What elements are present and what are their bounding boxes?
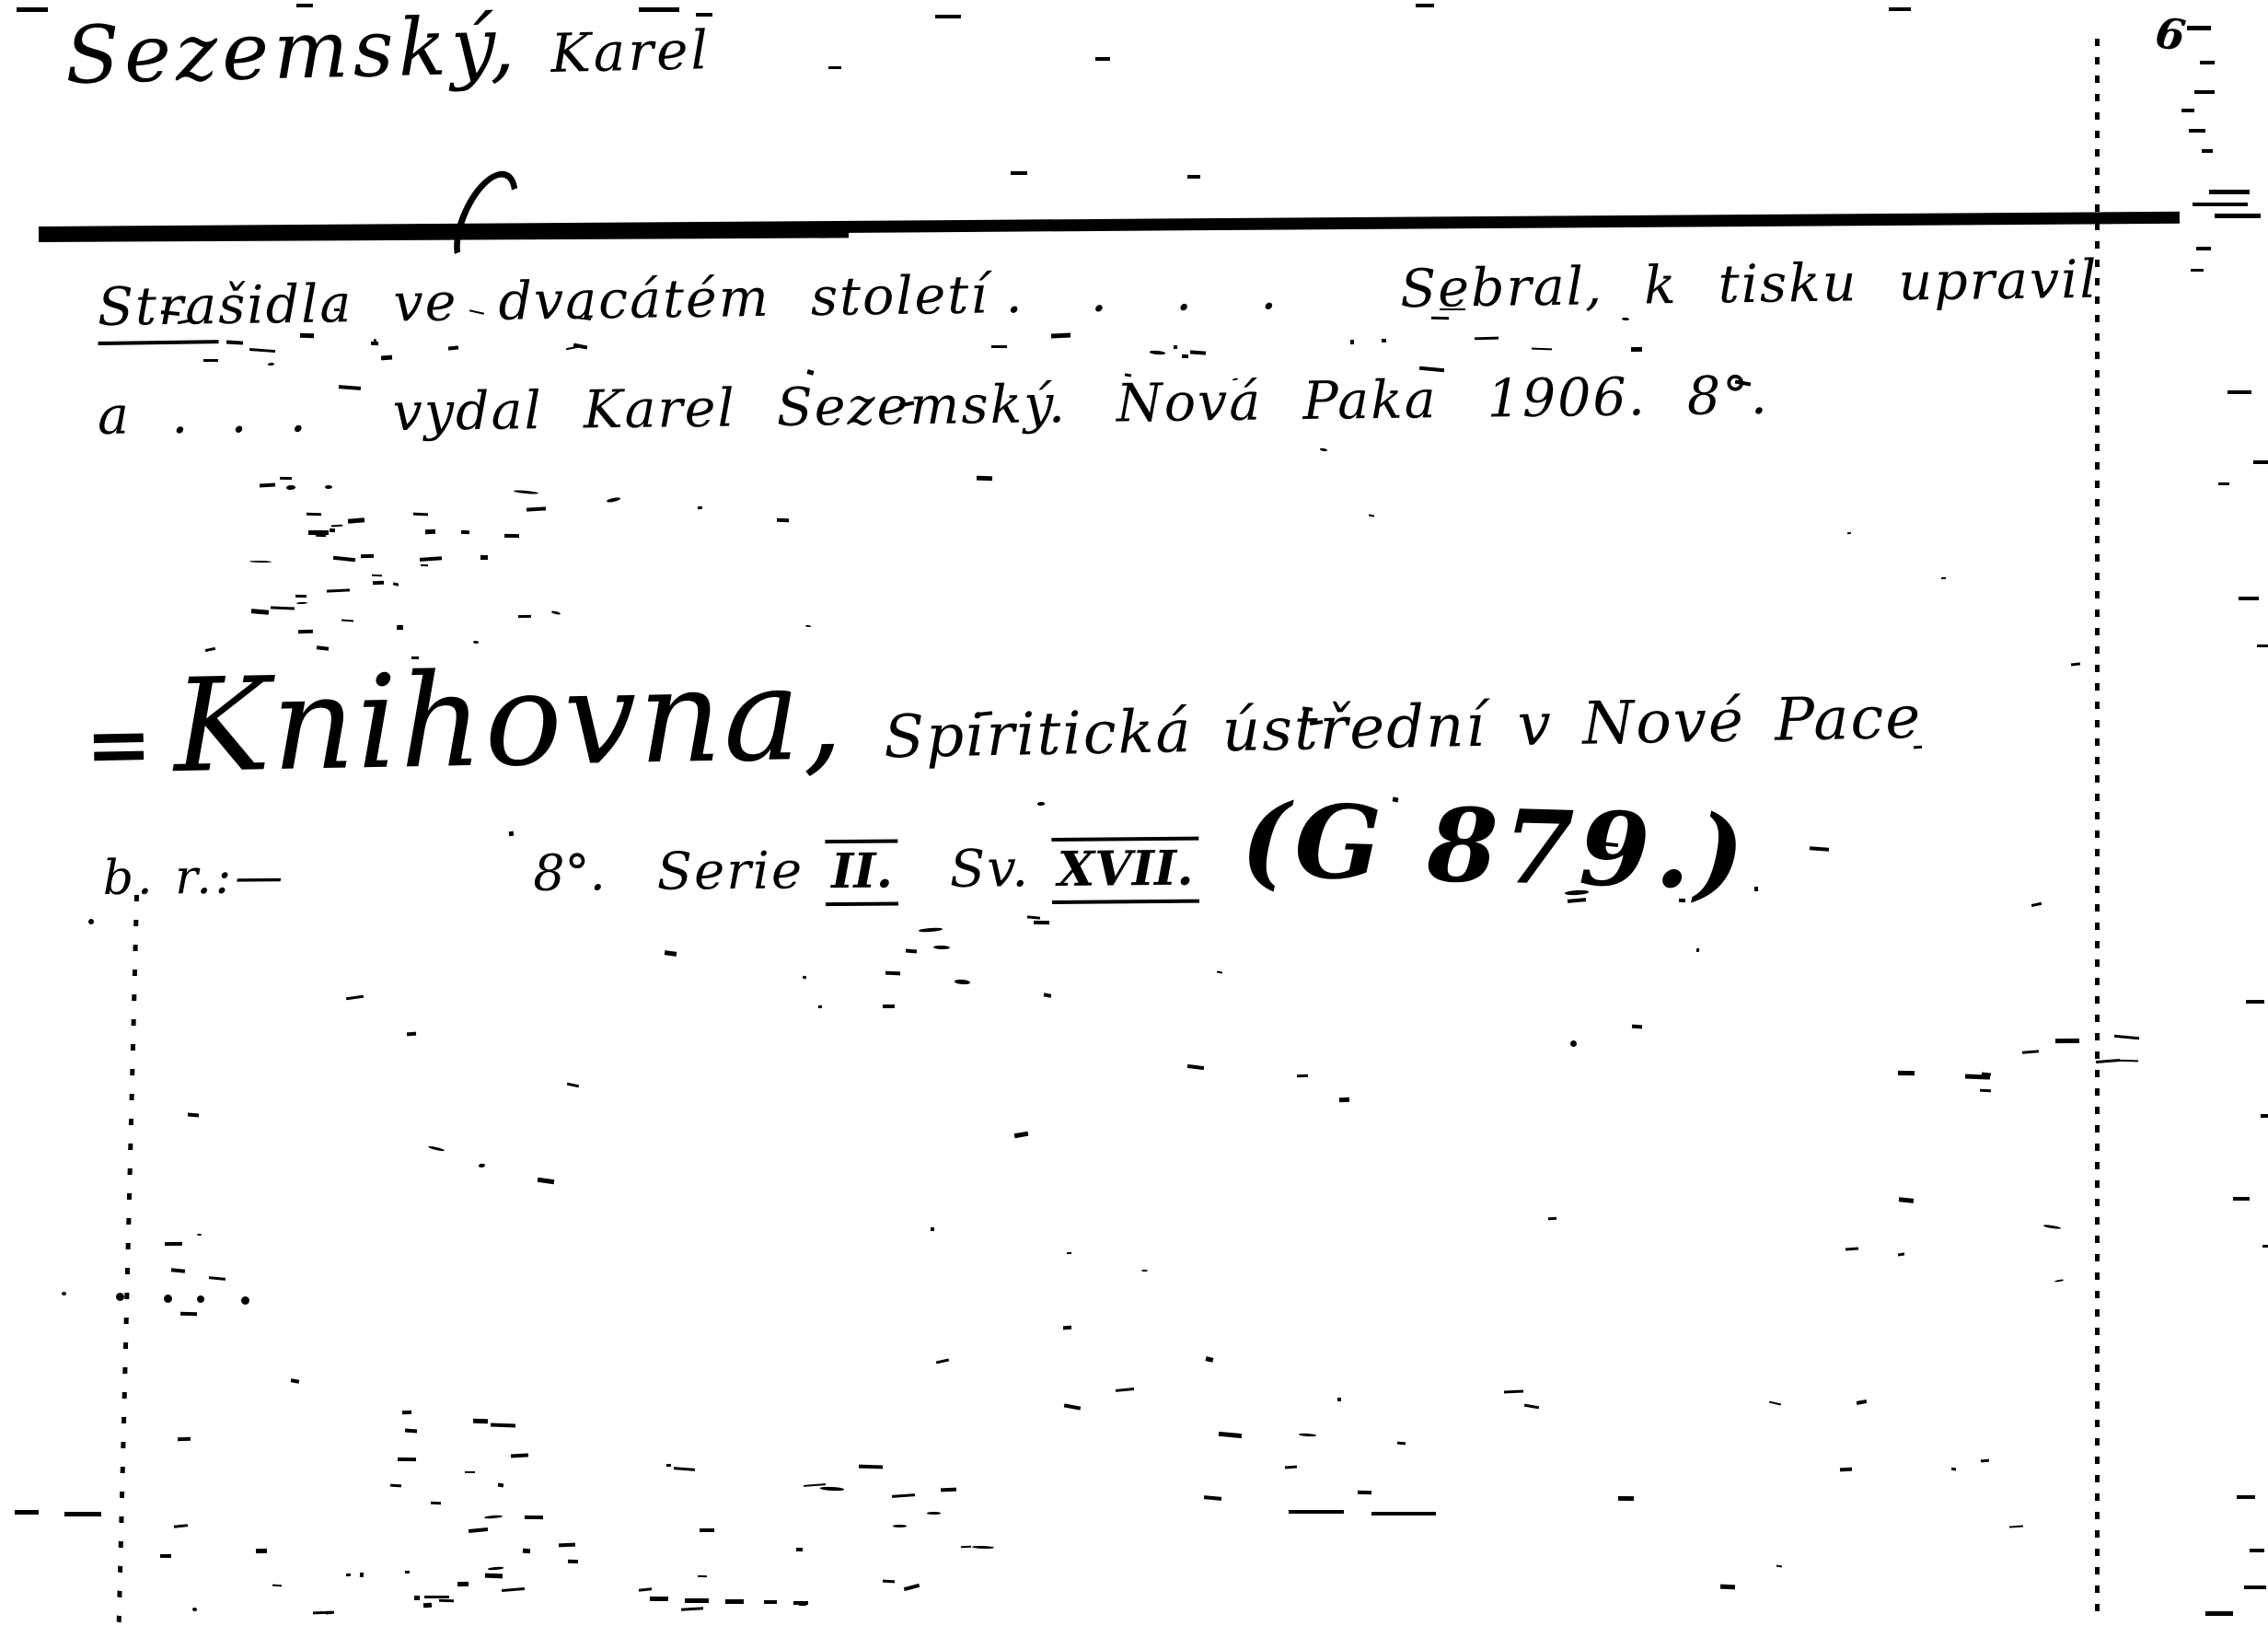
scan-dot	[268, 362, 275, 365]
scan-speck	[2218, 482, 2229, 485]
scan-speck	[828, 66, 841, 69]
scan-dot	[955, 980, 970, 985]
imprint-lead: a . . .	[98, 383, 308, 447]
scan-speck	[1182, 354, 1188, 358]
scan-dot	[325, 485, 332, 489]
scan-speck	[1754, 887, 1759, 891]
scan-dot	[428, 1145, 445, 1152]
scan-speck	[468, 1527, 487, 1533]
publication-year-format: 1906. 8°.	[1487, 366, 1769, 430]
scan-speck	[1027, 916, 1040, 920]
scan-speck	[2187, 26, 2211, 30]
scan-speck	[173, 1524, 187, 1528]
scan-speck	[251, 610, 270, 615]
scan-speck	[405, 1571, 411, 1574]
scan-dot	[893, 1525, 908, 1527]
scan-speck	[2250, 1549, 2264, 1552]
scan-speck	[457, 1582, 469, 1586]
scan-speck	[1051, 333, 1071, 339]
scan-speck	[1397, 1441, 1406, 1445]
scan-dot	[88, 919, 94, 924]
scan-speck	[188, 1112, 199, 1117]
scan-speck	[1898, 1070, 1915, 1074]
scan-speck	[1337, 1398, 1341, 1401]
scan-speck	[15, 1510, 39, 1515]
scan-speck	[484, 1574, 502, 1578]
scan-speck	[2196, 247, 2211, 250]
scan-speck	[639, 1587, 652, 1591]
left-margin-dotted-line	[117, 895, 139, 1626]
scan-dot	[1622, 318, 1629, 320]
scan-speck	[1547, 1217, 1556, 1220]
scan-speck	[332, 556, 355, 563]
author-given-name: Karel	[550, 18, 712, 85]
scan-speck	[698, 1575, 707, 1578]
scan-speck	[2209, 190, 2250, 194]
library-name: Knihovna,	[172, 639, 846, 802]
scan-speck	[255, 1549, 266, 1553]
scan-speck	[1011, 171, 1027, 175]
scan-dot	[286, 485, 295, 490]
scan-speck	[1720, 1585, 1735, 1589]
scan-speck	[1349, 340, 1354, 344]
scan-dot	[927, 1512, 940, 1515]
scan-speck	[511, 1454, 528, 1458]
scan-dot	[1037, 802, 1046, 806]
scan-speck	[330, 528, 335, 531]
scan-speck	[298, 629, 313, 633]
scan-speck	[2261, 1114, 2268, 1118]
scan-speck	[402, 1411, 412, 1415]
scan-speck	[1846, 1248, 1858, 1251]
scan-speck	[404, 1428, 416, 1433]
scan-speck	[1889, 7, 1911, 11]
scan-speck	[420, 556, 443, 562]
scan-speck	[2114, 1035, 2139, 1039]
scan-speck	[280, 477, 292, 481]
title-text: šidla ve dvacátém století	[218, 264, 989, 336]
scan-speck	[698, 505, 702, 509]
scan-speck	[1064, 1403, 1081, 1410]
imprint-line: a . . .vydal Karel Sezemský.Nová Paka190…	[98, 370, 1770, 443]
scan-dot	[607, 496, 620, 503]
scan-speck	[674, 1467, 695, 1471]
scan-speck	[1475, 336, 1498, 340]
publisher-text: vydal Karel Sezemský.	[392, 374, 1067, 443]
scan-speck	[1695, 948, 1699, 953]
scan-speck	[1067, 1252, 1071, 1255]
scan-speck	[381, 355, 392, 360]
scan-speck	[1289, 1510, 1344, 1514]
scan-speck	[1285, 1466, 1297, 1469]
scan-speck	[249, 348, 275, 354]
ellipsis-dots: . . . .	[1005, 261, 1292, 325]
scan-speck	[685, 1598, 709, 1603]
scan-speck	[1504, 1390, 1523, 1394]
scan-speck	[361, 554, 374, 558]
scan-speck	[414, 1595, 420, 1599]
scan-speck	[2113, 1059, 2138, 1062]
scan-speck	[1950, 1468, 1955, 1471]
scan-speck	[348, 517, 364, 523]
scan-speck	[160, 1554, 171, 1558]
publication-place: Nová Paka	[1116, 369, 1438, 434]
scan-speck	[681, 1608, 703, 1611]
scan-speck	[883, 1579, 895, 1582]
scan-speck	[1116, 1388, 1134, 1392]
scan-speck	[2070, 663, 2079, 667]
scan-dot	[1150, 350, 1166, 354]
scan-speck	[1358, 1491, 1371, 1494]
scan-speck	[64, 1512, 101, 1516]
scan-speck	[1296, 1074, 1307, 1077]
scan-speck	[413, 512, 428, 516]
scan-dot	[479, 1164, 485, 1168]
scan-speck	[961, 1545, 971, 1548]
scan-speck	[1981, 1459, 1990, 1463]
scan-speck	[209, 1276, 226, 1280]
scan-speck	[491, 1423, 515, 1427]
scan-speck	[360, 1573, 364, 1577]
scan-speck	[1632, 1025, 1642, 1029]
scan-speck	[390, 1484, 401, 1488]
scan-speck	[17, 7, 48, 12]
scan-speck	[764, 1600, 777, 1604]
scan-speck	[906, 948, 917, 953]
scan-dot	[919, 927, 943, 932]
scan-speck	[796, 1547, 803, 1551]
scan-speck	[480, 555, 488, 560]
scan-speck	[2246, 1000, 2264, 1004]
scan-speck	[1339, 1097, 1349, 1101]
scan-dot	[551, 610, 561, 615]
scan-speck	[777, 518, 789, 523]
scan-speck	[2205, 1611, 2233, 1616]
scan-speck	[538, 1178, 554, 1184]
scan-speck	[448, 345, 458, 350]
scan-speck	[372, 575, 382, 577]
scan-speck	[465, 1471, 475, 1473]
scan-dot	[488, 1566, 503, 1570]
scan-speck	[1205, 1356, 1213, 1363]
call-number: (G 879.)	[1240, 790, 1751, 904]
scan-dot	[2043, 1225, 2061, 1230]
statement-of-responsibility: Sebral, k tisku upravil	[1400, 250, 2099, 320]
scan-speck	[504, 534, 519, 538]
scan-dot	[1320, 447, 1328, 451]
scan-speck	[522, 1549, 530, 1553]
scan-dot	[62, 1292, 66, 1295]
scan-speck	[1524, 1403, 1539, 1408]
scan-dot	[1570, 1040, 1577, 1047]
scan-speck	[802, 976, 805, 980]
scan-dot	[249, 561, 272, 563]
scan-speck	[411, 656, 419, 659]
scan-dot	[241, 1296, 249, 1305]
scan-speck	[2200, 61, 2215, 64]
scan-dot	[805, 624, 812, 627]
volume-label: Sv.	[950, 839, 1031, 900]
scan-speck	[341, 620, 354, 622]
scan-speck	[1218, 1432, 1242, 1438]
scan-speck	[1431, 317, 1449, 320]
scan-speck	[421, 564, 428, 567]
scan-speck	[1532, 347, 1552, 350]
scan-speck	[295, 595, 307, 598]
scan-speck	[334, 308, 340, 311]
author-surname: Sezemský,	[64, 0, 520, 102]
scan-speck	[1034, 921, 1049, 924]
scan-speck	[573, 343, 587, 350]
series-detail-line: b. r.:—8°.SerieII.Sv.XVII.(G 879.)	[102, 794, 1750, 910]
scan-speck	[935, 15, 961, 18]
scan-speck	[1187, 1064, 1204, 1070]
ascender-flourish	[441, 162, 531, 281]
scan-speck	[2239, 597, 2259, 600]
scan-speck	[312, 1610, 332, 1614]
scan-speck	[327, 588, 350, 593]
volume-number: XVII.	[1052, 837, 1199, 904]
scan-speck	[568, 1559, 579, 1562]
scan-speck	[260, 483, 276, 488]
scan-speck	[696, 13, 712, 17]
scan-speck	[178, 1437, 191, 1441]
scan-speck	[407, 1031, 417, 1036]
scan-speck	[2257, 645, 2268, 647]
scan-speck	[1618, 1496, 1634, 1501]
scan-speck	[885, 970, 900, 974]
scan-speck	[1217, 971, 1222, 974]
title-underlined-part: Stra	[98, 275, 219, 345]
scan-speck	[1369, 515, 1374, 518]
scan-dot	[484, 1515, 503, 1519]
scan-speck	[666, 1464, 671, 1467]
scan-speck	[398, 1458, 416, 1461]
scan-speck	[502, 1587, 525, 1592]
scan-speck	[2253, 460, 2268, 464]
scan-speck	[859, 1465, 883, 1469]
scan-speck	[517, 615, 530, 619]
scan-speck	[397, 625, 403, 630]
scan-speck	[1416, 4, 1434, 7]
scan-speck	[1810, 846, 1829, 851]
scan-speck	[700, 1528, 714, 1532]
no-year-note: b. r.:—	[102, 849, 286, 906]
scan-speck	[525, 1516, 544, 1519]
scan-speck	[1847, 532, 1851, 535]
scan-speck	[316, 534, 326, 537]
scan-speck	[1063, 1325, 1071, 1330]
scan-speck	[1013, 1132, 1027, 1138]
scan-speck	[291, 1378, 300, 1383]
scan-speck	[2262, 1245, 2268, 1248]
scan-dot	[197, 1234, 202, 1237]
scan-speck	[461, 530, 469, 534]
scan-speck	[976, 476, 991, 481]
scan-speck	[307, 513, 321, 516]
scan-speck	[497, 1482, 503, 1487]
scan-dot	[192, 1608, 197, 1611]
author-heading: Sezemský,Karel	[64, 2, 712, 96]
scan-speck	[639, 7, 679, 12]
scan-speck	[2031, 902, 2042, 907]
scan-speck	[1679, 899, 1685, 902]
scan-speck	[725, 1599, 744, 1604]
scan-dot	[197, 1295, 204, 1303]
scan-speck	[1302, 706, 1313, 712]
equals-mark: =	[85, 698, 153, 792]
right-margin-dotted-line	[2095, 39, 2100, 1619]
scan-speck	[2227, 390, 2251, 394]
scan-speck	[300, 332, 314, 337]
scan-speck	[425, 529, 435, 534]
serie-label: Serie	[656, 841, 804, 901]
scan-dot	[1141, 1270, 1148, 1272]
scan-speck	[1980, 1088, 1991, 1091]
scan-speck	[1768, 1401, 1780, 1406]
scan-speck	[1776, 1564, 1782, 1567]
scan-speck	[1856, 1400, 1866, 1405]
scan-speck	[508, 830, 513, 835]
scan-speck	[372, 580, 383, 584]
scan-speck	[799, 1604, 806, 1607]
scan-speck	[526, 506, 545, 511]
scan-speck	[2009, 1526, 2023, 1529]
scan-dot	[116, 1293, 124, 1301]
scan-speck	[345, 1574, 350, 1577]
scan-speck	[171, 1268, 185, 1272]
page-number-mark: 6	[2152, 7, 2188, 61]
scan-speck	[296, 4, 313, 7]
scan-speck	[165, 1242, 183, 1247]
scan-speck	[431, 1501, 441, 1504]
scan-speck	[2022, 1050, 2039, 1053]
scan-dot	[933, 946, 951, 950]
scan-speck	[1840, 1468, 1852, 1471]
scan-speck	[559, 1542, 575, 1547]
scan-speck	[2189, 129, 2205, 133]
title-line: Strašidla ve dvacátém století. . . .Sebr…	[98, 254, 2099, 334]
scan-speck	[2194, 90, 2215, 94]
scan-speck	[473, 1419, 488, 1423]
scan-speck	[2215, 214, 2261, 218]
scan-speck	[883, 1005, 895, 1008]
scan-speck	[2237, 1495, 2255, 1499]
scan-speck	[439, 1598, 454, 1601]
scan-speck	[2202, 149, 2213, 153]
scan-speck	[936, 1358, 949, 1364]
scan-speck	[650, 1597, 668, 1601]
scan-speck	[2193, 203, 2248, 206]
scan-speck	[1204, 1496, 1221, 1502]
scan-speck	[2244, 1585, 2266, 1589]
scan-speck	[1043, 993, 1050, 997]
scan-speck	[226, 340, 243, 344]
scan-speck	[180, 1312, 197, 1316]
scan-speck	[2191, 269, 2204, 272]
scan-dot	[2054, 1279, 2063, 1283]
scan-speck	[271, 606, 295, 610]
scan-speck	[1898, 1197, 1913, 1202]
scan-speck	[514, 760, 523, 761]
scan-dot	[514, 489, 538, 494]
scan-speck	[1174, 344, 1178, 349]
scan-speck	[892, 1493, 915, 1498]
series-heading-line: =Knihovna,Spiritická ústřednív Nové Pace	[84, 630, 1923, 794]
scan-speck	[1631, 347, 1642, 352]
scan-speck	[991, 345, 1007, 348]
scan-speck	[1190, 350, 1207, 354]
scan-speck	[346, 994, 364, 1000]
scan-speck	[424, 1596, 449, 1598]
scan-speck	[2233, 1197, 2250, 1201]
scan-speck	[1187, 175, 1200, 179]
scan-speck	[818, 1005, 822, 1008]
scan-speck	[1371, 1512, 1436, 1516]
scan-speck	[2181, 109, 2194, 112]
scan-speck	[1382, 339, 1386, 343]
scan-speck	[665, 950, 677, 957]
scan-speck	[423, 1603, 432, 1608]
format-note: 8°.	[533, 843, 606, 902]
scan-speck	[931, 1227, 935, 1231]
scan-dot	[296, 602, 307, 605]
scan-speck	[1941, 577, 1946, 579]
scan-dot	[164, 1295, 172, 1303]
scan-dot	[820, 1486, 844, 1491]
scan-speck	[904, 1584, 920, 1591]
scan-speck	[272, 1585, 282, 1587]
scan-speck	[331, 525, 342, 528]
scan-speck	[566, 1083, 578, 1087]
scan-speck	[941, 1487, 956, 1492]
scan-speck	[1898, 1253, 1904, 1257]
library-location: v Nové Pace	[1517, 684, 1923, 760]
scan-speck	[393, 582, 399, 586]
scan-dot	[1299, 1433, 1316, 1437]
library-descriptor: Spiritická ústřední	[884, 692, 1487, 772]
catalog-card: Sezemský,Karel 6 Strašidla ve dvacátém s…	[0, 0, 2268, 1626]
scan-speck	[203, 359, 218, 362]
scan-dot	[972, 1545, 994, 1549]
scan-dot	[473, 641, 479, 645]
serie-number: II.	[826, 839, 898, 906]
scan-speck	[1095, 57, 1110, 61]
scan-speck	[807, 369, 815, 375]
scan-speck	[2055, 1039, 2079, 1043]
